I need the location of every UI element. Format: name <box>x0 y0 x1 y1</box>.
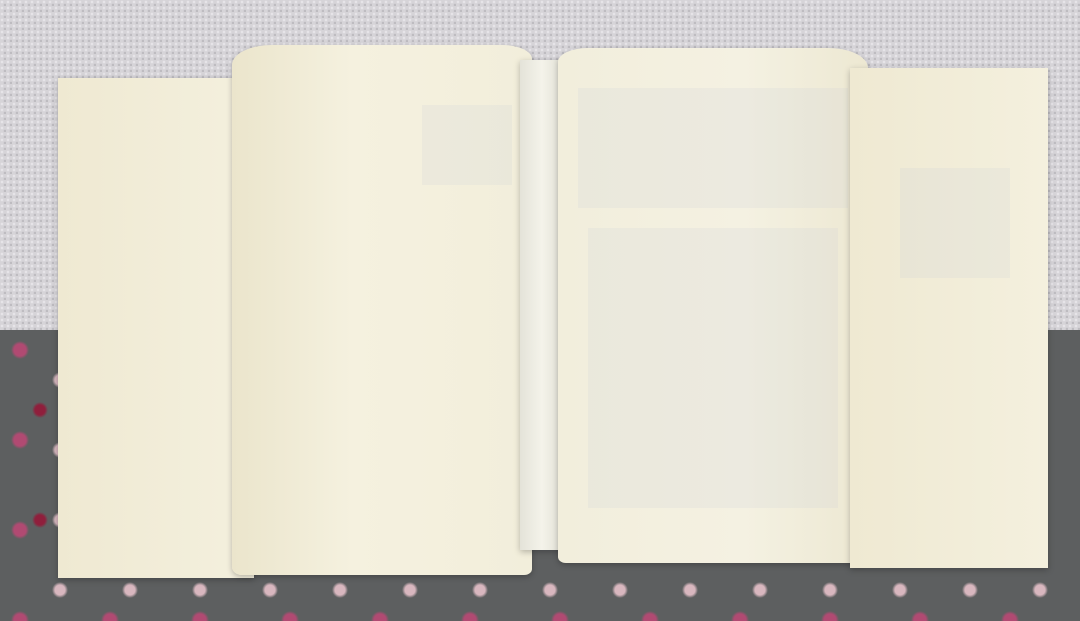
show-through-illustration <box>588 228 838 508</box>
jacket-back-cover <box>232 45 532 575</box>
jacket-flap-left <box>58 78 254 578</box>
show-through-box <box>900 168 1010 278</box>
show-through-text <box>422 105 512 185</box>
jacket-front-cover <box>558 48 868 563</box>
show-through-title <box>578 88 848 208</box>
jacket-flap-right <box>850 68 1048 568</box>
